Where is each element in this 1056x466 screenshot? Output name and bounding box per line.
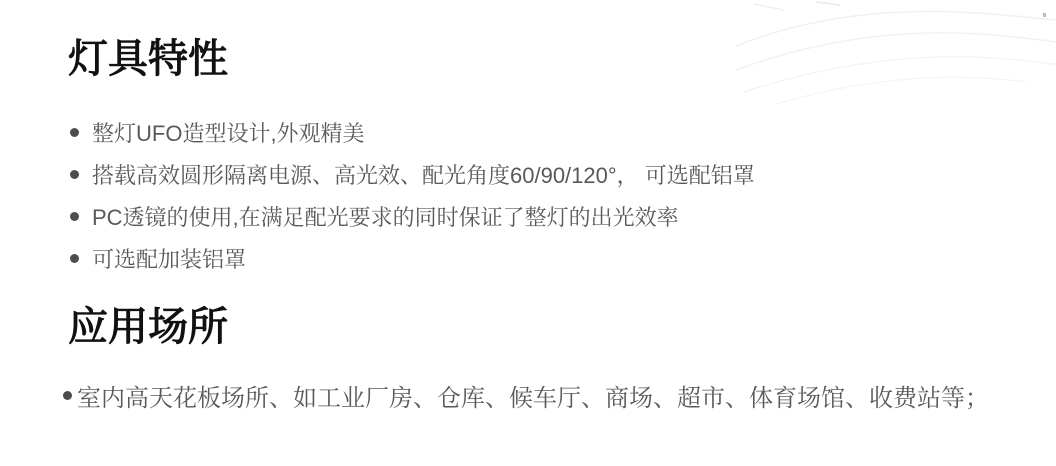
list-item: 搭载高效圆形隔离电源、高光效、配光角度60/90/120°， 可选配铝罩 xyxy=(70,153,755,195)
feature-item-text: 可选配加装铝罩 xyxy=(92,243,246,274)
bullet-icon xyxy=(70,128,79,137)
list-item: 可选配加装铝罩 xyxy=(70,237,755,279)
list-item: PC透镜的使用,在满足配光要求的同时保证了整灯的出光效率 xyxy=(70,195,755,237)
applications-section-title: 应用场所 xyxy=(68,305,228,349)
list-item: 整灯UFO造型设计,外观精美 xyxy=(70,111,755,153)
feature-item-text: 整灯UFO造型设计,外观精美 xyxy=(92,117,365,148)
feature-list: 整灯UFO造型设计,外观精美 搭载高效圆形隔离电源、高光效、配光角度60/90/… xyxy=(70,111,755,279)
product-description-page: 灯具特性 整灯UFO造型设计,外观精美 搭载高效圆形隔离电源、高光效、配光角度6… xyxy=(0,0,1056,466)
feature-item-text: 搭载高效圆形隔离电源、高光效、配光角度60/90/120°， 可选配铝罩 xyxy=(92,159,755,190)
image-artifact-speck xyxy=(1043,13,1046,17)
application-list: 室内高天花板场所、如工业厂房、仓库、候车厅、商场、超市、体育场馆、收费站等； xyxy=(63,374,989,416)
bullet-icon xyxy=(70,170,79,179)
bullet-icon xyxy=(70,254,79,263)
cropped-product-image-remnant-icon xyxy=(736,0,1056,110)
application-item-text: 室内高天花板场所、如工业厂房、仓库、候车厅、商场、超市、体育场馆、收费站等； xyxy=(77,378,989,413)
feature-item-text: PC透镜的使用,在满足配光要求的同时保证了整灯的出光效率 xyxy=(92,201,679,232)
bullet-icon xyxy=(63,391,72,400)
list-item: 室内高天花板场所、如工业厂房、仓库、候车厅、商场、超市、体育场馆、收费站等； xyxy=(63,374,989,416)
bullet-icon xyxy=(70,212,79,221)
features-section-title: 灯具特性 xyxy=(68,37,228,81)
